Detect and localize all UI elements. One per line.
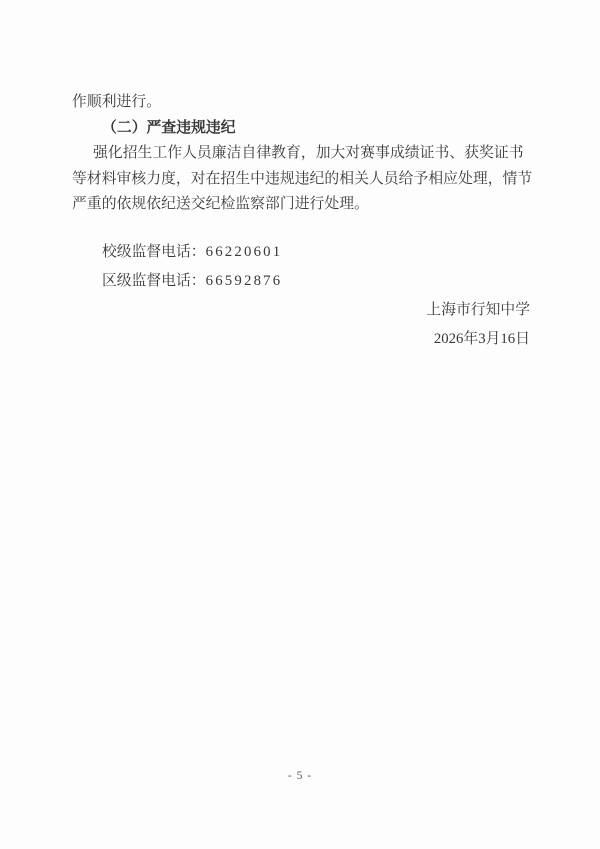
continuation-line: 作顺利进行。 xyxy=(72,90,530,116)
district-supervision-phone-number: 66592876 xyxy=(206,273,283,289)
document-page: 作顺利进行。 （二）严查违规违纪 强化招生工作人员廉洁自律教育，加大对赛事成绩证… xyxy=(0,0,600,849)
school-supervision-phone-line: 校级监督电话：66220601 xyxy=(72,238,530,267)
school-supervision-phone-number: 66220601 xyxy=(206,244,283,260)
section-heading: （二）严查违规违纪 xyxy=(72,116,530,142)
school-supervision-phone-label: 校级监督电话： xyxy=(102,244,206,260)
district-supervision-phone-label: 区级监督电话： xyxy=(102,273,206,289)
paragraph-line: 严重的依规依纪送交纪检监察部门进行处理。 xyxy=(72,192,530,218)
page-number: - 5 - xyxy=(0,769,600,783)
signature-block: 上海市行知中学 2026年3月16日 xyxy=(72,296,530,354)
district-supervision-phone-line: 区级监督电话：66592876 xyxy=(72,267,530,296)
signature-organization: 上海市行知中学 xyxy=(72,296,530,325)
paragraph-line: 等材料审核力度，对在招生中违规违纪的相关人员给予相应处理，情节 xyxy=(72,167,530,193)
body-paragraph: 强化招生工作人员廉洁自律教育，加大对赛事成绩证书、获奖证书 等材料审核力度，对在… xyxy=(72,141,530,218)
supervision-contacts: 校级监督电话：66220601 区级监督电话：66592876 xyxy=(72,238,530,296)
paragraph-line: 强化招生工作人员廉洁自律教育，加大对赛事成绩证书、获奖证书 xyxy=(72,141,530,167)
signature-date: 2026年3月16日 xyxy=(72,325,530,354)
